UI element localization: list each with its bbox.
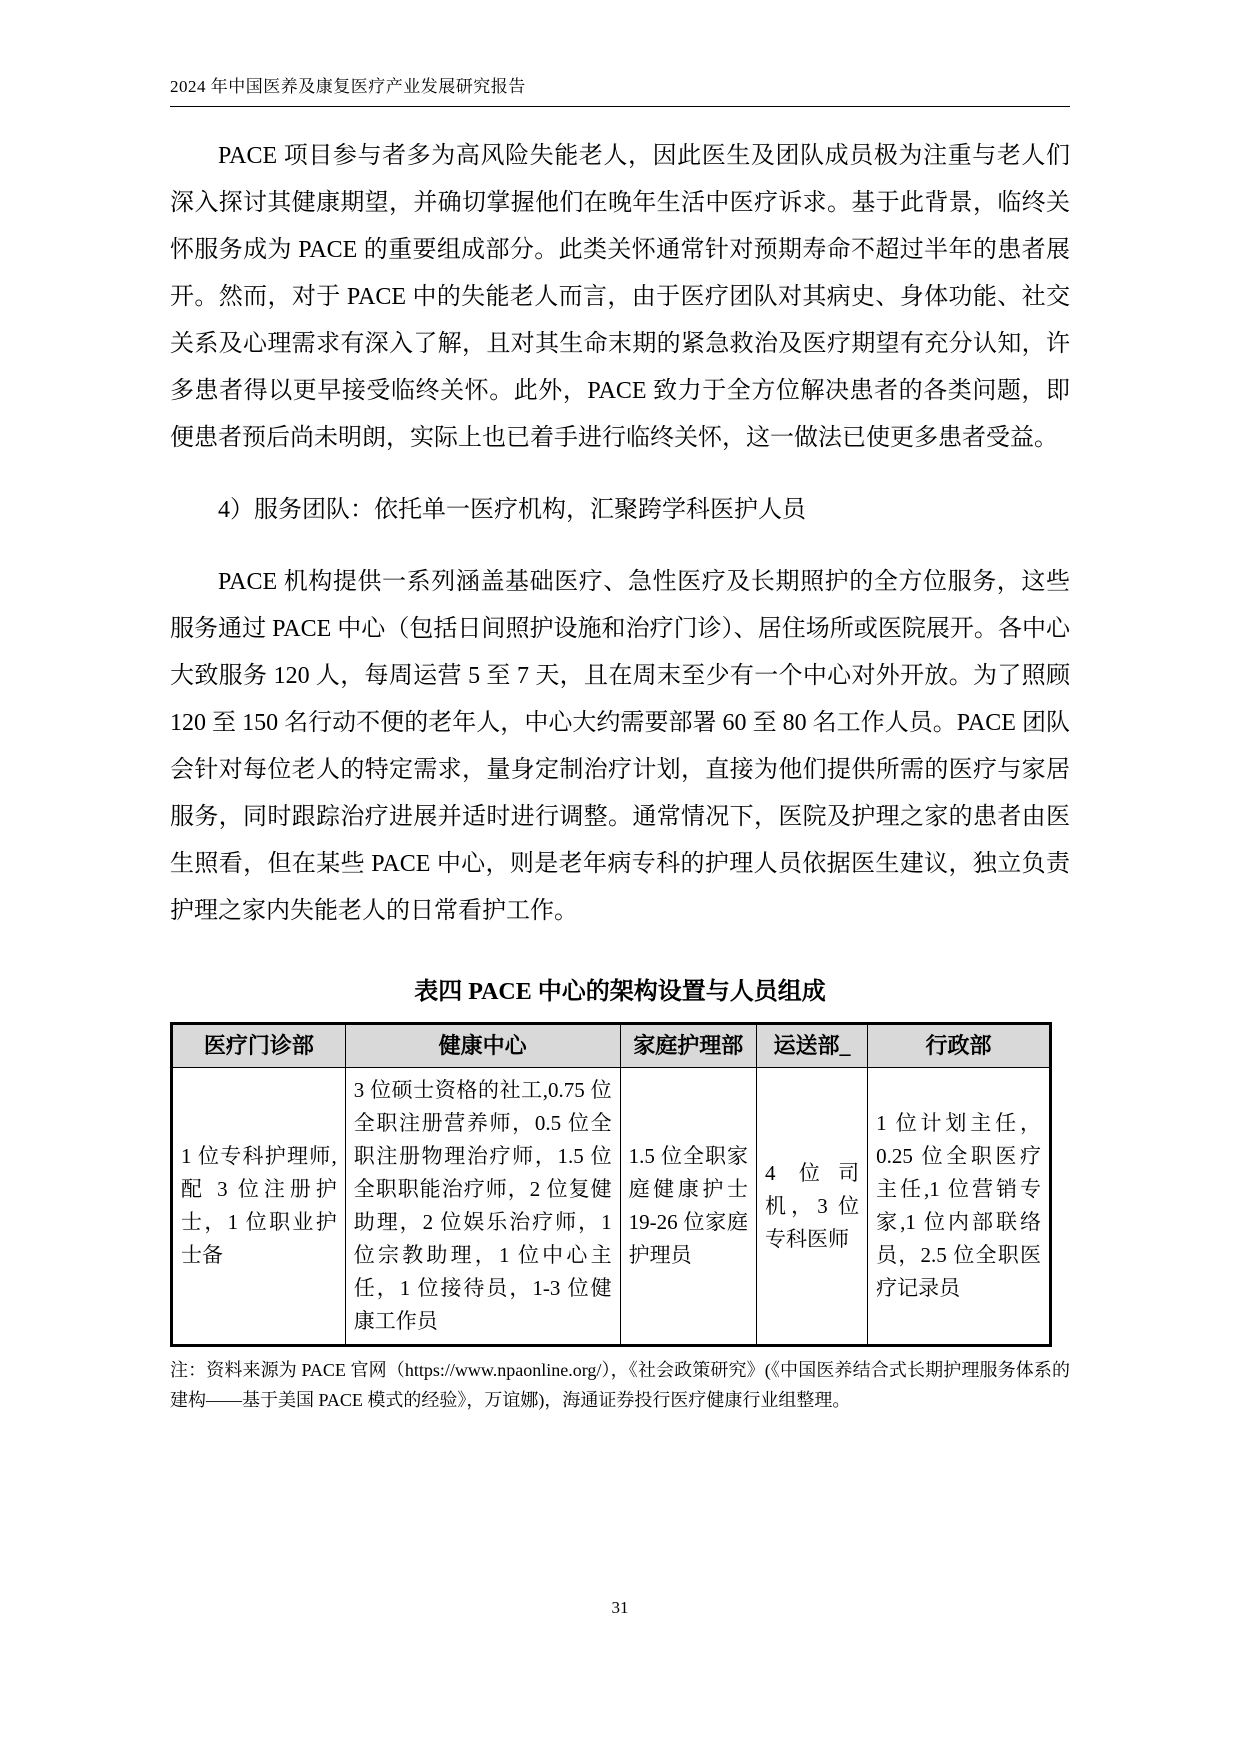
section-heading-service-team: 4）服务团队：依托单一医疗机构，汇聚跨学科医护人员 — [170, 487, 1070, 534]
table-header-administration: 行政部 — [868, 1024, 1051, 1068]
table-title: 表四 PACE 中心的架构设置与人员组成 — [170, 971, 1070, 1006]
paragraph-pace-participants: PACE 项目参与者多为高风险失能老人，因此医生及团队成员极为注重与老人们深入探… — [170, 133, 1070, 462]
paragraph-pace-services: PACE 机构提供一系列涵盖基础医疗、急性医疗及长期照护的全方位服务，这些服务通… — [170, 559, 1070, 935]
table-header-transport: 运送部_ — [756, 1024, 867, 1068]
source-note: 注：资料来源为 PACE 官网（https://www.npaonline.or… — [170, 1355, 1070, 1415]
page-content: 2024 年中国医养及康复医疗产业发展研究报告 PACE 项目参与者多为高风险失… — [170, 72, 1070, 1415]
document-header-title: 2024 年中国医养及康复医疗产业发展研究报告 — [170, 72, 1070, 107]
table-cell-transport: 4 位司机，3 位专科医师 — [756, 1068, 867, 1346]
table-header-health-center: 健康中心 — [345, 1024, 620, 1068]
table-cell-health-center: 3 位硕士资格的社工,0.75 位全职注册营养师，0.5 位全职注册物理治疗师，… — [345, 1068, 620, 1346]
pace-structure-table: 医疗门诊部 健康中心 家庭护理部 运送部_ 行政部 1 位专科护理师,配 3 位… — [170, 1022, 1052, 1347]
table-cell-medical-clinic: 1 位专科护理师,配 3 位注册护士，1 位职业护士备 — [172, 1068, 346, 1346]
table-header-medical-clinic: 医疗门诊部 — [172, 1024, 346, 1068]
table-body-row: 1 位专科护理师,配 3 位注册护士，1 位职业护士备 3 位硕士资格的社工,0… — [172, 1068, 1051, 1346]
table-header-home-care: 家庭护理部 — [620, 1024, 756, 1068]
table-cell-home-care: 1.5 位全职家庭健康护士 19-26 位家庭护理员 — [620, 1068, 756, 1346]
table-header-row: 医疗门诊部 健康中心 家庭护理部 运送部_ 行政部 — [172, 1024, 1051, 1068]
table-cell-administration: 1 位计划主任，0.25 位全职医疗主任,1 位营销专家,1 位内部联络员，2.… — [868, 1068, 1051, 1346]
page-number: 31 — [0, 1598, 1240, 1618]
